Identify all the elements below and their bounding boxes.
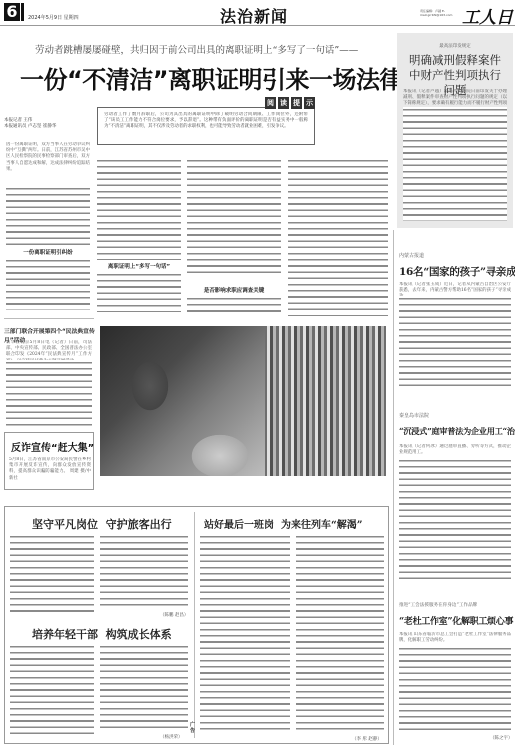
story-body-3 — [399, 646, 511, 732]
story-headline-1: 16名“国家的孩子”寻亲成功 — [399, 264, 515, 279]
bottom-body-1b — [100, 534, 188, 610]
bottom-body-3b — [296, 534, 384, 734]
editor-note-label: 阅 读 提 示 — [265, 97, 315, 109]
editor-note-box: 阅 读 提 示 劳动者工作了数月辞职后，公司为其出具的离职证明中除了载明劳动合同… — [97, 107, 315, 145]
sidebar-kicker: 最高法印发规定 — [397, 43, 513, 49]
bottom-body-1a — [10, 534, 94, 612]
story-tag-3: 推进“工会法援服务在你身边”工作品牌 — [399, 602, 477, 608]
issue-date: 2024年5月9日 星期四 — [28, 14, 79, 21]
divider — [4, 318, 94, 319]
main-body-col4 — [288, 158, 388, 316]
editor-info: 责任编辑：卢越 E-mail:grrbfz@163.com — [420, 9, 452, 17]
sidebar-top-box: 最高法印发规定 明确减刑假释案件中财产性判项执行问题 本报讯（记者卢越）最高人民… — [397, 33, 513, 228]
main-body-col2b — [97, 272, 181, 312]
ad-marker: 广告 — [190, 722, 198, 734]
story-body-2 — [399, 458, 511, 584]
bottom-byline-2: （杨洪荣） — [160, 734, 183, 740]
page-number-bar — [21, 3, 24, 21]
story-headline-3: “老杜工作室”化解职工烦心事 — [399, 614, 513, 627]
subhead-1: 一份离职证明引纠纷 — [6, 248, 90, 256]
subhead-3: 是否影响求职应调查关键 — [187, 286, 281, 294]
sidebar-body — [403, 107, 507, 221]
main-body-col2 — [97, 158, 181, 260]
story-headline-2: “沉浸式”庭审普法为企业用工“治未病” — [399, 426, 515, 437]
main-body-col1b — [6, 258, 90, 310]
bottom-headline-3: 站好最后一班岗 为来往列车“解渴” — [204, 516, 362, 531]
bottom-body-2a — [10, 644, 94, 738]
main-body-col3 — [187, 158, 281, 273]
story-tag-1: 内蒙古报道 — [399, 252, 424, 259]
photo-story-body — [6, 360, 92, 426]
sidebar-lead: 本报讯（记者卢越）最高人民法院日前印发关于办理减刑、假释案件审查财产性判项执行问… — [403, 89, 507, 105]
bottom-headline-2: 培养年轻干部 构筑成长体系 — [32, 626, 172, 642]
main-byline: 本报记者 王伟 本报通讯员 卢志坚 崔静华 — [4, 118, 84, 130]
bottom-byline-1: （陈鹏 赵昌） — [160, 612, 188, 618]
bottom-body-2b — [100, 644, 188, 732]
anti-fraud-box: 反诈宣传“赶大集” 5月8日，江苏省南京市公安局民警在乡村集市开展反诈宣传，向群… — [4, 432, 94, 490]
anti-fraud-caption: 5月8日，江苏省南京市公安局民警在乡村集市开展反诈宣传，向群众发放宣传资料，提高… — [9, 457, 91, 487]
story-lead-1: 本报讯（记者张玉成）近日，记者从内蒙古自治区公安厅获悉，去年来，内蒙古警方帮助1… — [399, 282, 511, 296]
bottom-headline-1: 坚守平凡岗位 守护旅客出行 — [32, 516, 172, 532]
editor-note-text: 劳动者工作了数月辞职后，公司为其出具的离职证明中除了载明劳动合同期限、工作岗位外… — [104, 112, 308, 140]
subhead-2: 离职证明上“多写一句话” — [97, 262, 181, 270]
news-photo — [100, 326, 265, 476]
main-body-col1 — [6, 186, 90, 246]
section-title: 法治新闻 — [220, 4, 288, 27]
story-tag-2: 秦皇岛市法院 — [399, 412, 429, 419]
main-lead: 因一份离职证明，双方当事人在劳动争议纠纷中“互撕”两年。日前，江苏省苏州市吴中区… — [6, 142, 90, 186]
story-lead-3: 本报讯 山东省临沂市总工会打造“老杜工作室”法律服务品牌，化解职工劳动纠纷。 — [399, 632, 511, 646]
story-byline-3: （陈之宇） — [490, 735, 513, 741]
main-body-col3b — [187, 296, 281, 316]
main-headline: 一份“不清洁”离职证明引来一场法律纠纷 — [20, 60, 450, 95]
page-number: 6 — [4, 3, 20, 21]
anti-fraud-headline: 反诈宣传“赶大集” — [11, 439, 94, 454]
bottom-body-3a — [200, 534, 290, 734]
bottom-divider — [194, 512, 195, 738]
column-divider — [393, 230, 394, 745]
story-lead-2: 本报讯（记者何冰）通过庭审直播、旁听等方式，推动企业规范用工。 — [399, 444, 511, 458]
photo-story-lead: 新华社北京5月8日电（记者）日前，司法部、中央宣传部、民政部、全国普法办公室联合… — [6, 340, 92, 360]
main-kicker: 劳动者跳槽屡屡碰壁，共归因于前公司出具的离职证明上“多写了一句话”—— — [35, 42, 358, 56]
story-body-1 — [399, 296, 511, 388]
bottom-byline-3: （李 彤 赵静） — [352, 736, 382, 742]
